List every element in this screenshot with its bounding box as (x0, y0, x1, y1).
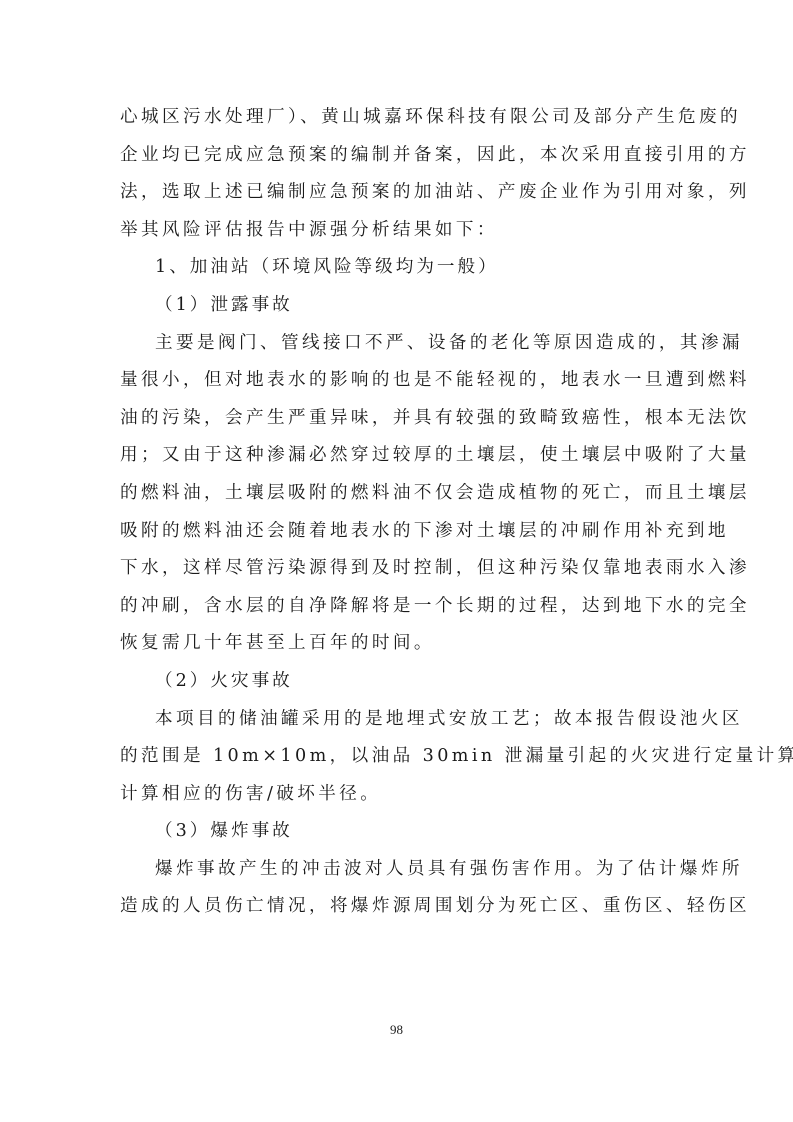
subsection-heading-fire-accident: （2）火灾事故 (120, 663, 673, 701)
text-line-18: 的范围是 10m×10m，以油品 30min 泄漏量引起的火灾进行定量计算， (120, 738, 673, 776)
document-page: 心城区污水处理厂）、黄山城嘉环保科技有限公司及部分产生危废的 企业均已完成应急预… (0, 0, 793, 1122)
text-line-3: 法，选取上述已编制应急预案的加油站、产废企业作为引用对象，列 (120, 174, 673, 212)
body-text: 心城区污水处理厂）、黄山城嘉环保科技有限公司及部分产生危废的 企业均已完成应急预… (120, 99, 673, 926)
text-line-17: 本项目的储油罐采用的是地埋式安放工艺；故本报告假设池火区 (120, 701, 673, 739)
text-line-19: 计算相应的伤害/破坏半径。 (120, 776, 673, 814)
text-line-7: 主要是阀门、管线接口不严、设备的老化等原因造成的，其渗漏 (120, 325, 673, 363)
text-line-14: 的冲刷，含水层的自净降解将是一个长期的过程，达到地下水的完全 (120, 588, 673, 626)
text-line-9: 油的污染，会产生严重异味，并具有较强的致畸致癌性，根本无法饮 (120, 400, 673, 438)
text-line-15: 恢复需几十年甚至上百年的时间。 (120, 625, 673, 663)
text-line-1: 心城区污水处理厂）、黄山城嘉环保科技有限公司及部分产生危废的 (120, 99, 673, 137)
text-line-2: 企业均已完成应急预案的编制并备案，因此，本次采用直接引用的方 (120, 137, 673, 175)
text-line-11: 的燃料油，土壤层吸附的燃料油不仅会造成植物的死亡，而且土壤层 (120, 475, 673, 513)
subsection-heading-explosion-accident: （3）爆炸事故 (120, 813, 673, 851)
text-line-22: 造成的人员伤亡情况，将爆炸源周围划分为死亡区、重伤区、轻伤区 (120, 888, 673, 926)
page-number: 98 (0, 1022, 793, 1038)
text-line-10: 用；又由于这种渗漏必然穿过较厚的土壤层，使土壤层中吸附了大量 (120, 437, 673, 475)
text-line-21: 爆炸事故产生的冲击波对人员具有强伤害作用。为了估计爆炸所 (120, 851, 673, 889)
section-heading-gas-station: 1、加油站（环境风险等级均为一般） (120, 249, 673, 287)
subsection-heading-leak-accident: （1）泄露事故 (120, 287, 673, 325)
text-line-4: 举其风险评估报告中源强分析结果如下： (120, 212, 673, 250)
text-line-13: 下水，这样尽管污染源得到及时控制，但这种污染仅靠地表雨水入渗 (120, 550, 673, 588)
text-line-12: 吸附的燃料油还会随着地表水的下渗对土壤层的冲刷作用补充到地 (120, 513, 673, 551)
text-line-8: 量很小，但对地表水的影响的也是不能轻视的，地表水一旦遭到燃料 (120, 362, 673, 400)
